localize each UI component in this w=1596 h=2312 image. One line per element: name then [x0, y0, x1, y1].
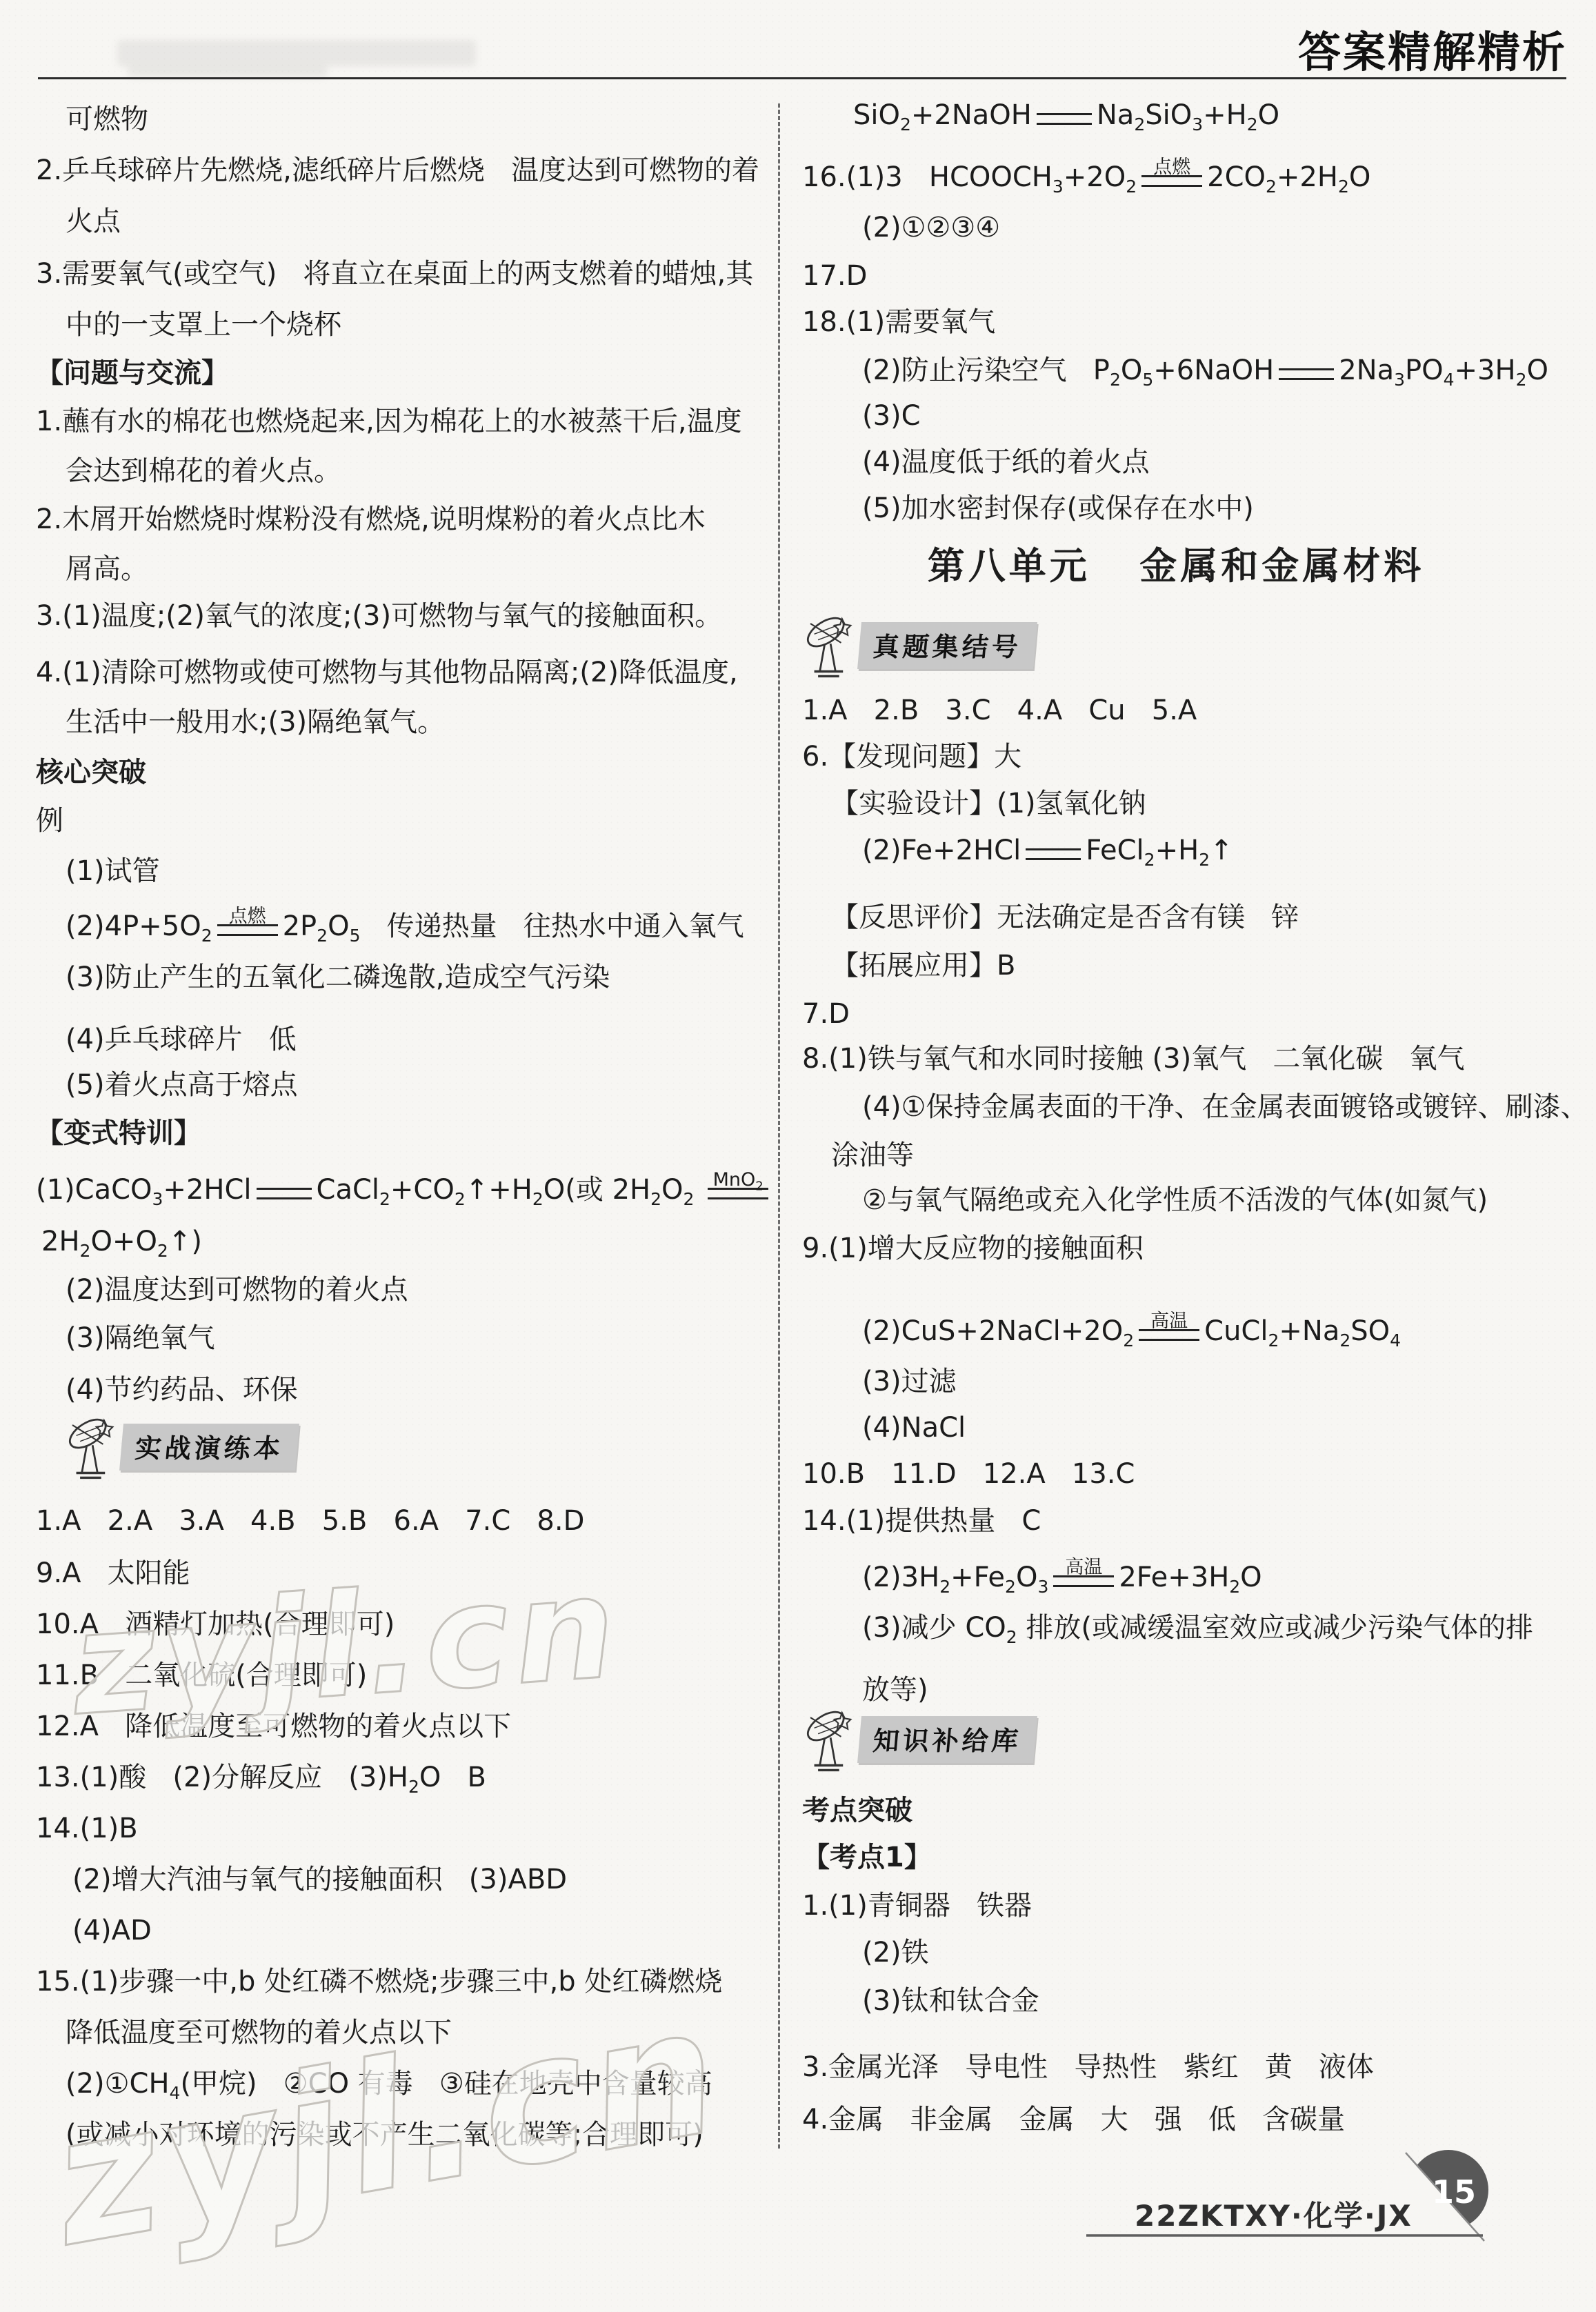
text-line: (4)①保持金属表面的干净、在金属表面镀铬或镀锌、刷漆、	[862, 1090, 1588, 1124]
text-line: (3)过滤	[862, 1364, 957, 1399]
text-line: 16.(1)3 HCOOCH3+2O2点燃2CO2+2H2O	[802, 160, 1370, 195]
text-line: (3)C	[862, 399, 921, 433]
text-line: 10.B 11.D 12.A 13.C	[802, 1457, 1135, 1491]
text-line: 4.金属 非金属 金属 大 强 低 含碳量	[802, 2102, 1345, 2137]
satellite-dish-icon	[799, 611, 857, 680]
text-line: 14.(1)提供热量 C	[802, 1504, 1041, 1538]
badge-label: 实战演练本	[119, 1424, 299, 1471]
text-line: 1.(1)青铜器 铁器	[802, 1889, 1032, 1923]
satellite-dish-icon	[61, 1413, 119, 1482]
badge-shizhan-yanlian: 实战演练本	[61, 1413, 297, 1482]
badge-zhenti-jijie: 真题集结号	[799, 611, 1035, 680]
badge-label: 真题集结号	[857, 622, 1037, 669]
satellite-dish-icon	[799, 1705, 857, 1774]
text-line: (4)NaCl	[862, 1411, 966, 1445]
text-line: 1.A 2.B 3.C 4.A Cu 5.A	[802, 693, 1197, 728]
unit-heading: 第八单元 金属和金属材料	[786, 549, 1566, 584]
page-number: 15	[1415, 2159, 1493, 2225]
text-line: 18.(1)需要氧气	[802, 305, 995, 339]
text-line: SiO2+2NaOHNa2SiO3+H2O	[853, 98, 1279, 132]
right-column: SiO2+2NaOHNa2SiO3+H2O16.(1)3 HCOOCH3+2O2…	[0, 0, 1596, 2312]
text-line: (2)铁	[862, 1935, 929, 1970]
text-line: 【考点1】	[802, 1840, 932, 1875]
text-line: 6.【发现问题】大	[802, 739, 1021, 774]
text-line: (3)钛和钛合金	[862, 1984, 1039, 2018]
text-line: (5)加水密封保存(或保存在水中)	[862, 491, 1254, 526]
book-code: 22ZKTXY·化学·JX	[1135, 2193, 1413, 2235]
text-line: (2)CuS+2NaCl+2O2高温CuCl2+Na2SO4	[862, 1314, 1401, 1348]
text-line: 3.金属光泽 导电性 导热性 紫红 黄 液体	[802, 2050, 1374, 2084]
text-line: (4)温度低于纸的着火点	[862, 445, 1150, 479]
text-line: 【拓展应用】B	[831, 948, 1015, 983]
text-line: (3)减少 CO2 排放(或减缓温室效应或减少污染气体的排	[862, 1611, 1533, 1645]
text-line: 7.D	[802, 997, 850, 1031]
text-line: 考点突破	[802, 1793, 912, 1828]
text-line: 17.D	[802, 259, 867, 293]
text-line: 涂油等	[831, 1138, 914, 1173]
text-line: (2)3H2+Fe2O3高温2Fe+3H2O	[862, 1560, 1262, 1595]
badge-label: 知识补给库	[857, 1716, 1037, 1763]
text-line: 放等)	[862, 1673, 928, 1707]
text-line: (2)Fe+2HClFeCl2+H2↑	[862, 833, 1233, 868]
badge-zhishi-bujiku: 知识补给库	[799, 1705, 1035, 1774]
text-line: 【实验设计】(1)氢氧化钠	[831, 786, 1146, 821]
text-line: 8.(1)铁与氧气和水同时接触 (3)氧气 二氧化碳 氧气	[802, 1042, 1465, 1076]
text-line: 9.(1)增大反应物的接触面积	[802, 1231, 1144, 1266]
text-line: (2)防止污染空气 P2O5+6NaOH2Na3PO4+3H2O	[862, 353, 1548, 388]
text-line: 【反思评价】无法确定是否含有镁 锌	[831, 900, 1299, 935]
text-line: (2)①②③④	[862, 210, 1000, 245]
text-line: ②与氧气隔绝或充入化学性质不活泼的气体(如氮气)	[862, 1183, 1488, 1217]
